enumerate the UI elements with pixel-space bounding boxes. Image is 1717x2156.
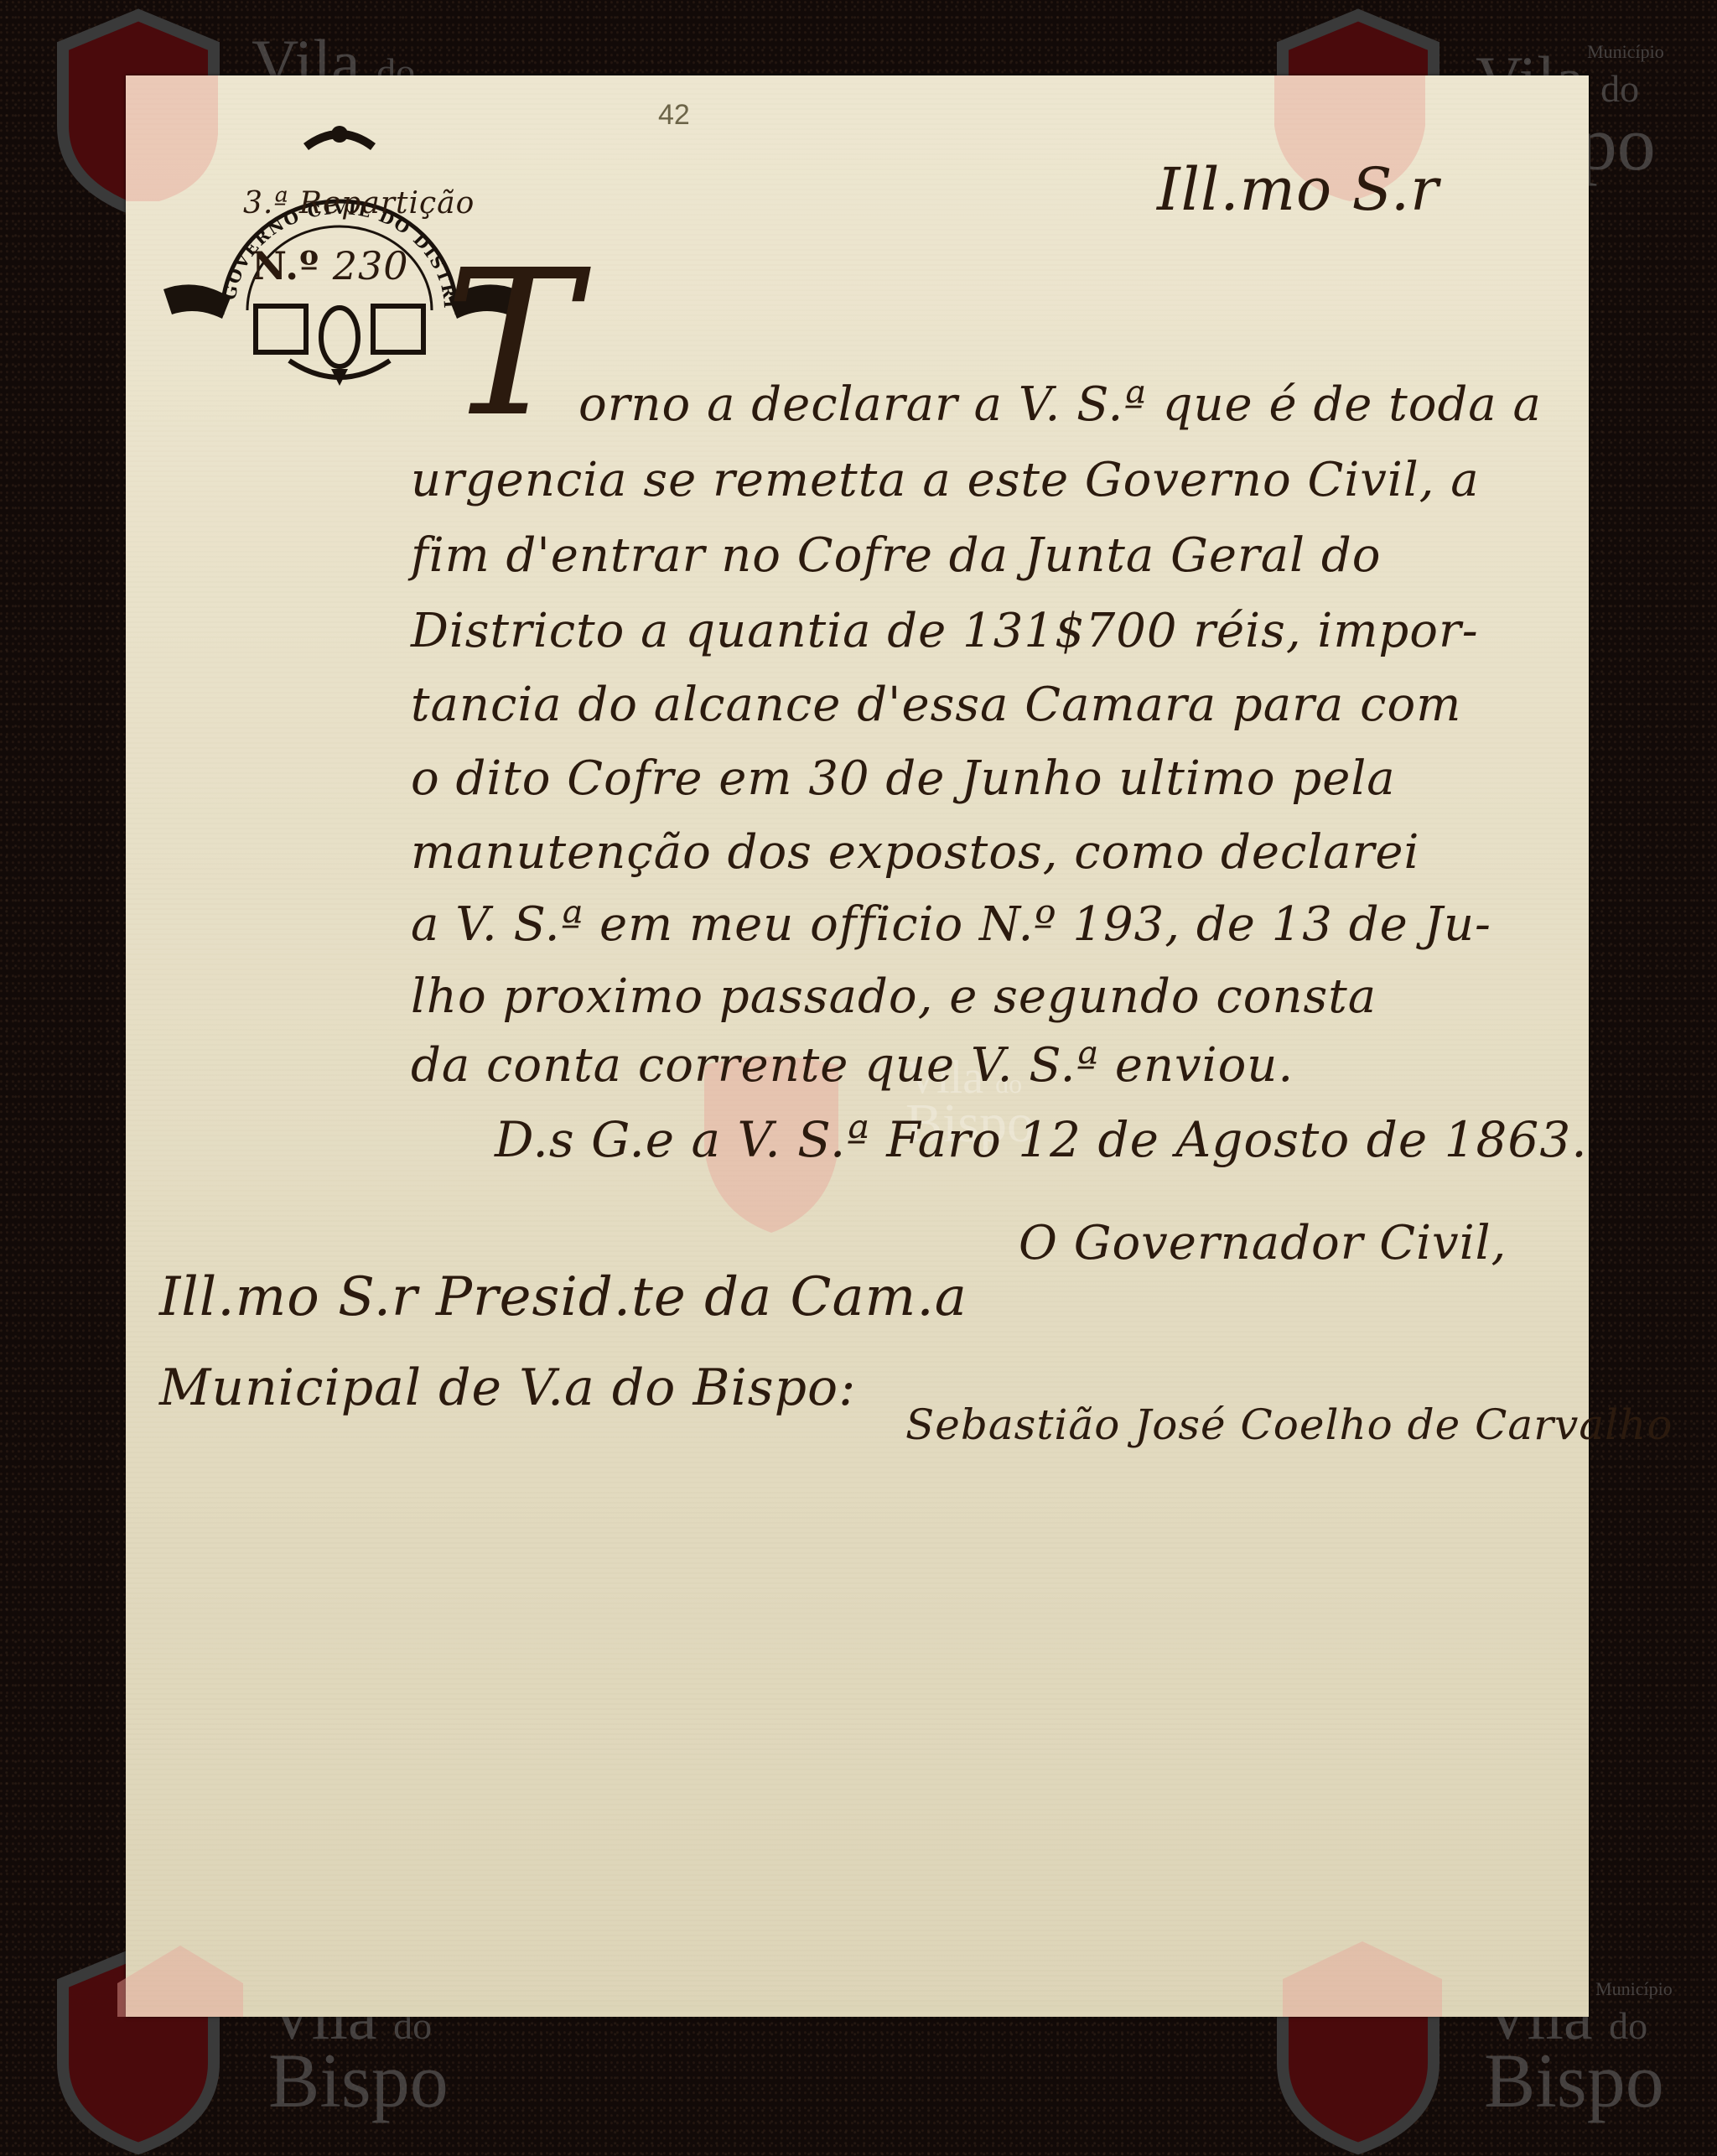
addressee-line-2: Municipal de V.a do Bispo: [159,1359,856,1417]
body-line: lho proximo passado, e segundo consta [411,969,1377,1024]
seal-number: N.º 230 [252,243,409,288]
seal-department: 3.ª Repartição [243,186,475,221]
seal-number-value: 230 [333,243,409,288]
body-line: urgencia se remetta a este Governo Civil… [411,453,1480,507]
addressee-line-1: Ill.mo S.r Presid.te da Cam.a [159,1266,967,1328]
shield-watermark-icon [1283,1941,1442,2017]
body-line: Districto a quantia de 131$700 réis, imp… [411,604,1479,658]
salutation: Ill.mo S.r [1157,155,1439,224]
body-line: tancia do alcance d'essa Camara para com [411,678,1461,732]
document-page: Vila do Bispo 42 GOVERNO CIVIL DO DISTRI… [126,75,1589,2017]
body-initial: T [444,243,579,444]
page-number: 42 [658,99,690,132]
body-line: fim d'entrar no Cofre da Junta Geral do [411,528,1381,583]
signer-title: O Governador Civil, [1019,1216,1507,1270]
signer-name: Sebastião José Coelho de Carvalho [905,1400,1673,1449]
closing-date-line: D.s G.e a V. S.ª Faro 12 de Agosto de 18… [495,1111,1588,1168]
body-line: orno a declarar a V. S.ª que é de toda a [578,377,1542,432]
body-line: manutenção dos expostos, como declarei [411,825,1419,880]
body-line: da conta corrente que V. S.ª enviou. [411,1038,1294,1093]
seal-number-label: N.º [252,243,319,288]
shield-watermark-icon [117,1946,243,2017]
body-line: a V. S.ª em meu officio N.º 193, de 13 d… [411,897,1491,952]
body-line: o dito Cofre em 30 de Junho ultimo pela [411,751,1396,806]
